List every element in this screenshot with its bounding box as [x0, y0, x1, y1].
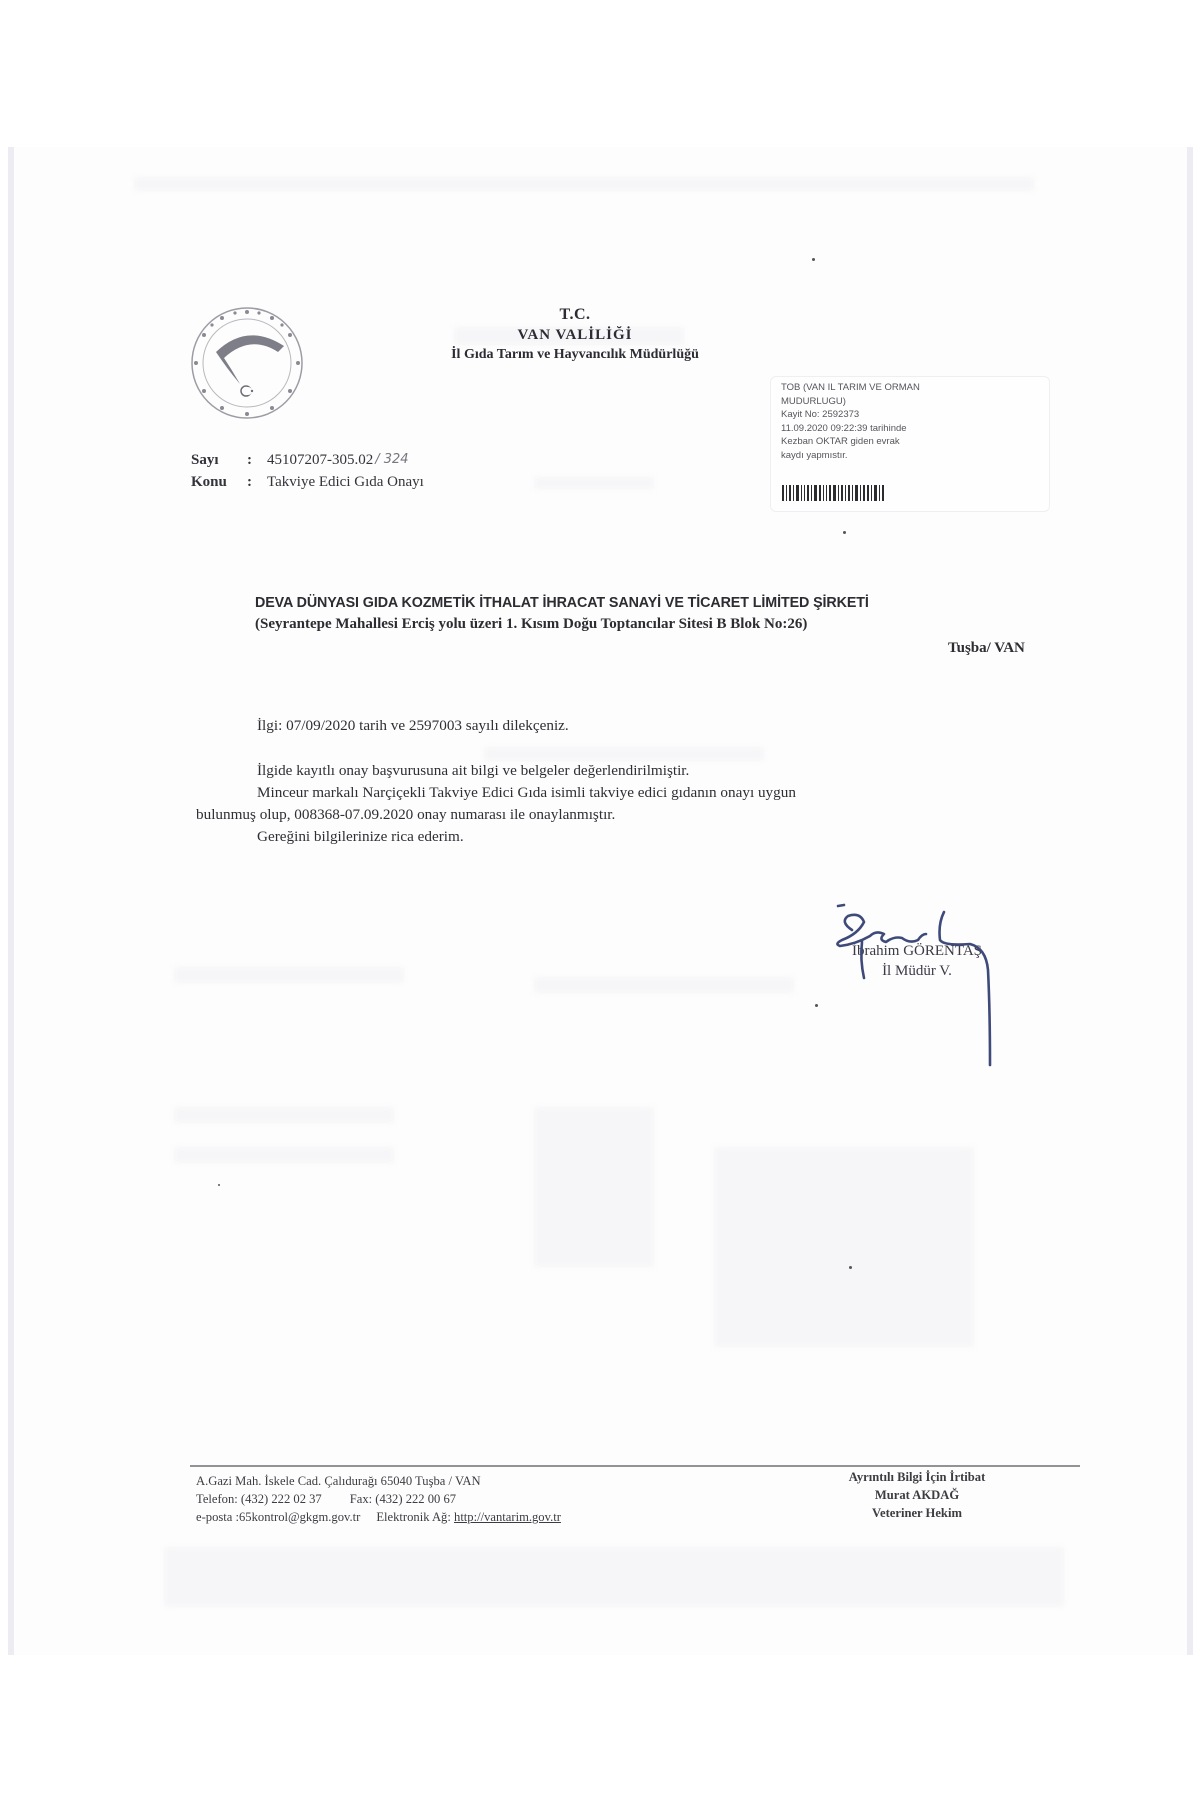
bleed-through-mark	[534, 977, 794, 993]
stamp-line: Kayit No: 2592373	[781, 408, 1049, 422]
colon: :	[247, 449, 267, 471]
body-paragraph: İlgide kayıtlı onay başvurusuna ait bilg…	[257, 761, 689, 780]
sayi-label: Sayı	[191, 449, 247, 471]
document-meta: Sayı : 45107207-305.02 / 324 Konu : Takv…	[191, 449, 424, 493]
directorate-title: İl Gıda Tarım ve Hayvancılık Müdürlüğü	[385, 345, 765, 365]
speck	[815, 1004, 818, 1007]
footer-address: A.Gazi Mah. İskele Cad. Çalıdurağı 65040…	[196, 1472, 561, 1490]
konu-label: Konu	[191, 471, 247, 493]
addressee-company: DEVA DÜNYASI GIDA KOZMETİK İTHALAT İHRAC…	[255, 595, 869, 611]
bleed-through-mark	[484, 747, 764, 761]
footer-contact: A.Gazi Mah. İskele Cad. Çalıdurağı 65040…	[196, 1472, 561, 1526]
bleed-through-mark	[714, 1147, 974, 1347]
sayi-row: Sayı : 45107207-305.02 / 324	[191, 449, 424, 471]
footer-contact-person: Ayrıntılı Bilgi İçin İrtibat Murat AKDAĞ…	[832, 1468, 1002, 1522]
body-paragraph: bulunmuş olup, 008368-07.09.2020 onay nu…	[196, 805, 615, 824]
footer-web-label: Elektronik Ağ:	[376, 1510, 451, 1524]
footer-fax: Fax: (432) 222 00 67	[350, 1492, 456, 1506]
signature-icon	[820, 900, 1020, 1070]
konu-value: Takviye Edici Gıda Onayı	[267, 471, 424, 493]
barcode-icon	[782, 485, 942, 501]
bleed-through-mark	[164, 1547, 1064, 1607]
governorship-title: VAN VALİLİĞİ	[385, 325, 765, 345]
bleed-through-mark	[174, 967, 404, 983]
bleed-through-mark	[134, 177, 1034, 191]
speck	[849, 1266, 852, 1269]
country-title: T.C.	[385, 305, 765, 325]
stamp-line: TOB (VAN IL TARIM VE ORMAN	[781, 381, 1049, 395]
contact-heading: Ayrıntılı Bilgi İçin İrtibat	[832, 1468, 1002, 1486]
body-paragraph: Minceur markalı Narçiçekli Takviye Edici…	[257, 783, 796, 802]
konu-row: Konu : Takviye Edici Gıda Onayı	[191, 471, 424, 493]
speck	[843, 531, 846, 534]
footer-web-link[interactable]: http://vantarim.gov.tr	[454, 1510, 561, 1524]
handwritten-number: / 324	[375, 449, 408, 471]
footer-divider	[190, 1465, 1080, 1467]
stamp-line: Kezban OKTAR giden evrak	[781, 435, 1049, 449]
stamp-line: 11.09.2020 09:22:39 tarihinde	[781, 422, 1049, 436]
ministry-seal-icon	[188, 300, 306, 426]
closing-line: Gereğini bilgilerinize rica ederim.	[257, 827, 464, 846]
addressee-address: (Seyrantepe Mahallesi Erciş yolu üzeri 1…	[255, 616, 807, 633]
colon: :	[247, 471, 267, 493]
sayi-value: 45107207-305.02	[267, 449, 373, 471]
speck	[812, 258, 815, 261]
contact-name: Murat AKDAĞ	[832, 1486, 1002, 1504]
stamp-line: MUDURLUGU)	[781, 395, 1049, 409]
footer-phone-row: Telefon: (432) 222 02 37Fax: (432) 222 0…	[196, 1490, 561, 1508]
bleed-through-mark	[174, 1107, 394, 1123]
footer-online-row: e-posta :65kontrol@gkgm.gov.trElektronik…	[196, 1508, 561, 1526]
bleed-through-mark	[534, 477, 654, 489]
bleed-through-mark	[174, 1147, 394, 1163]
footer-email: e-posta :65kontrol@gkgm.gov.tr	[196, 1510, 360, 1524]
contact-title: Veteriner Hekim	[832, 1504, 1002, 1522]
addressee-city: Tuşba/ VAN	[948, 640, 1025, 657]
registration-stamp: TOB (VAN IL TARIM VE ORMAN MUDURLUGU) Ka…	[770, 376, 1050, 512]
footer-phone: Telefon: (432) 222 02 37	[196, 1492, 322, 1506]
reference-line: İlgi: 07/09/2020 tarih ve 2597003 sayılı…	[257, 716, 569, 735]
speck	[218, 1184, 220, 1186]
stamp-line: kaydı yapmıstır.	[781, 449, 1049, 463]
letterhead: T.C. VAN VALİLİĞİ İl Gıda Tarım ve Hayva…	[385, 305, 765, 365]
bleed-through-mark	[534, 1107, 654, 1267]
